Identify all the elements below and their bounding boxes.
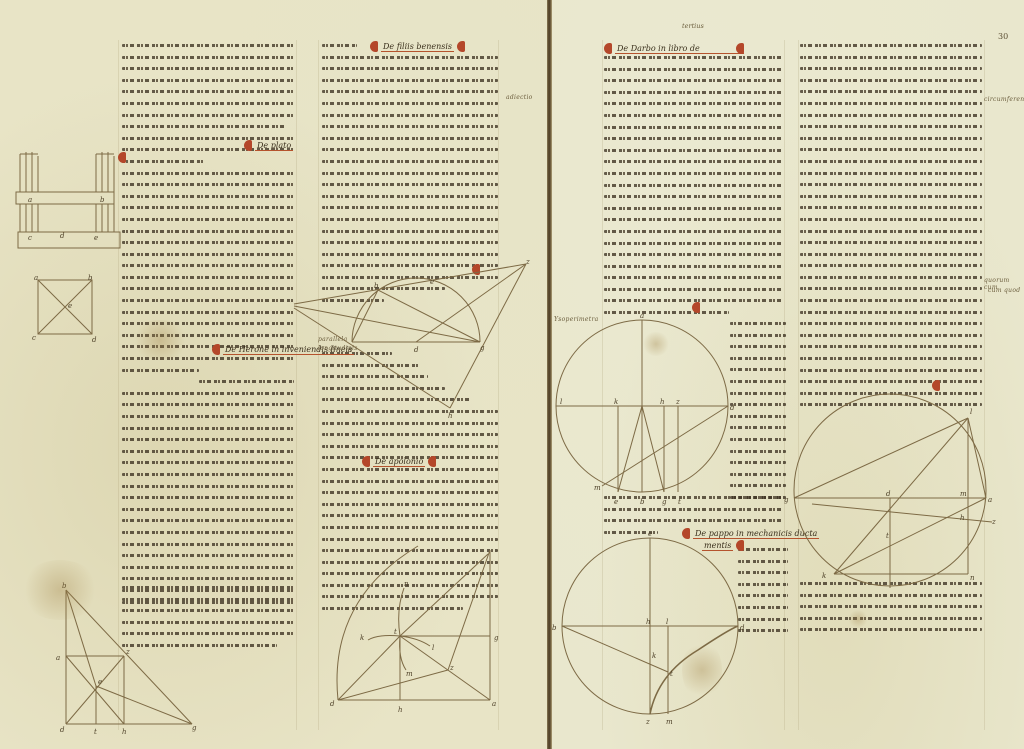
paraph-mark-icon — [932, 380, 940, 391]
marginal-note: cum quod — [988, 287, 1020, 294]
svg-text:n: n — [970, 574, 975, 582]
svg-text:c: c — [32, 334, 36, 342]
svg-text:b: b — [374, 282, 379, 290]
circle-quadratrix-diagram: e b h l d k t z m — [558, 534, 742, 724]
rubric-heading: De filiis benensis — [370, 41, 465, 52]
marginal-note: circumferentiam — [984, 96, 1024, 103]
svg-text:h: h — [646, 618, 651, 626]
svg-text:m: m — [666, 718, 673, 726]
svg-text:z: z — [125, 648, 130, 656]
svg-text:a: a — [28, 196, 32, 204]
svg-text:e: e — [614, 498, 618, 506]
rubric-heading: De plato — [244, 140, 293, 151]
paraph-mark-icon — [244, 140, 252, 151]
svg-text:t: t — [394, 628, 397, 636]
paraph-mark-icon — [604, 43, 612, 54]
parchment-stain — [130, 320, 190, 360]
paraph-mark-icon — [212, 344, 220, 355]
paraph-mark-icon — [370, 41, 378, 52]
paraph-mark-icon — [428, 456, 436, 467]
svg-text:e: e — [68, 302, 72, 310]
svg-text:d: d — [740, 624, 745, 632]
svg-text:k: k — [652, 652, 656, 660]
parchment-stain — [682, 640, 722, 700]
svg-text:e: e — [98, 678, 102, 686]
svg-text:l: l — [666, 618, 668, 626]
svg-text:a: a — [348, 346, 352, 354]
svg-text:l: l — [432, 644, 434, 652]
circle-polygon-diagram: l g a z m h d t k n — [792, 392, 992, 588]
svg-text:z: z — [645, 718, 650, 726]
svg-text:t: t — [886, 532, 889, 540]
svg-text:h: h — [660, 398, 665, 406]
svg-text:h: h — [398, 706, 403, 714]
svg-text:a: a — [34, 274, 38, 282]
svg-text:a: a — [640, 312, 644, 320]
svg-text:g: g — [192, 724, 197, 732]
svg-text:g: g — [662, 498, 667, 506]
svg-text:z: z — [675, 398, 680, 406]
svg-text:z: z — [449, 664, 454, 672]
text-column-d — [800, 44, 982, 415]
svg-text:b: b — [640, 498, 645, 506]
left-folio: De filiis benensis De plato De Herone in… — [0, 0, 548, 749]
svg-text:k: k — [614, 398, 618, 406]
svg-text:n: n — [404, 580, 409, 588]
svg-text:l: l — [970, 408, 972, 416]
paraph-mark-icon — [692, 302, 700, 313]
ruling-line — [984, 40, 985, 730]
svg-text:m: m — [406, 670, 413, 678]
svg-text:e: e — [430, 278, 434, 286]
svg-text:m: m — [594, 484, 601, 492]
parchment-stain — [848, 610, 868, 628]
semicircle-tangent-diagram: a b g d e z h — [290, 260, 530, 420]
marginal-note: adiectio — [506, 94, 533, 101]
paraph-mark-icon — [457, 41, 465, 52]
rubric-heading: De apolonio — [362, 456, 436, 467]
right-folio: tertius 30 De Darbo in — [552, 0, 1024, 749]
svg-text:d: d — [60, 232, 65, 240]
svg-text:d: d — [414, 346, 419, 354]
ruling-line — [798, 40, 799, 730]
running-head: tertius — [682, 22, 704, 30]
svg-text:a: a — [56, 654, 60, 662]
folio-number: 30 — [998, 32, 1008, 41]
square-arc-diagram: n k t l m z g d h a — [318, 540, 508, 720]
svg-text:h: h — [448, 412, 453, 420]
svg-text:a: a — [492, 700, 496, 708]
svg-text:e: e — [94, 234, 98, 242]
svg-text:h: h — [122, 728, 127, 736]
svg-text:t: t — [670, 670, 673, 678]
svg-text:g: g — [494, 634, 499, 642]
svg-text:d: d — [330, 700, 335, 708]
parchment-stain — [20, 560, 100, 620]
svg-text:d: d — [60, 726, 65, 734]
rubric-heading: De Darbo in libro de — [604, 43, 744, 54]
svg-text:c: c — [28, 234, 32, 242]
frame-solid-diagram: a b c d e — [14, 150, 124, 260]
svg-text:g: g — [784, 496, 789, 504]
svg-text:z: z — [525, 258, 530, 266]
text-column-d-lower — [800, 582, 982, 640]
svg-text:d: d — [730, 404, 735, 412]
svg-text:z: z — [991, 518, 996, 526]
svg-text:a: a — [988, 496, 992, 504]
square-diagonals-diagram: a b e c d — [36, 278, 96, 338]
svg-text:d: d — [886, 490, 891, 498]
text-column-c-beside-diagram — [730, 322, 786, 508]
svg-text:d: d — [92, 336, 97, 344]
svg-text:m: m — [960, 490, 967, 498]
svg-text:h: h — [960, 514, 965, 522]
text-column-c-beside-diagram-2 — [738, 548, 788, 641]
paraph-mark-icon — [736, 43, 744, 54]
svg-text:k: k — [822, 572, 826, 580]
svg-text:b: b — [100, 196, 105, 204]
svg-text:k: k — [360, 634, 364, 642]
svg-text:l: l — [560, 398, 562, 406]
svg-text:t: t — [94, 728, 97, 736]
paraph-mark-icon — [362, 456, 370, 467]
svg-text:b: b — [552, 624, 557, 632]
svg-text:g: g — [480, 344, 485, 352]
svg-text:t: t — [678, 498, 681, 506]
text-column-c — [604, 56, 782, 323]
svg-text:e: e — [648, 530, 652, 538]
parchment-stain — [642, 332, 670, 356]
svg-text:b: b — [88, 274, 93, 282]
